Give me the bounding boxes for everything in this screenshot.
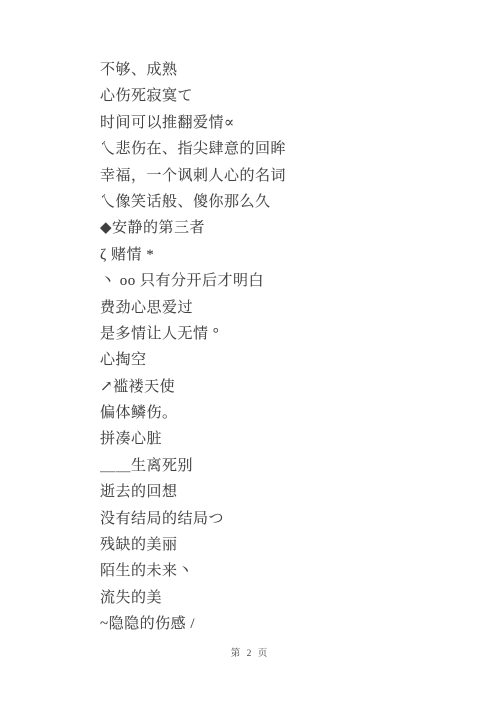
text-line: 乀像笑话般、傻你那么久 <box>100 189 470 215</box>
text-line: 偏体鳞伤。 <box>100 400 470 426</box>
text-line: 流失的美 <box>100 585 470 611</box>
text-line: ζ 赌情 * <box>100 242 470 268</box>
text-line: 丶 oo 只有分开后才明白 <box>100 268 470 294</box>
text-line: 费劲心思爱过 <box>100 295 470 321</box>
text-line: 不够、成熟 <box>100 57 470 83</box>
text-line: 心掏空 <box>100 347 470 373</box>
text-line: 是多情让人无情 ° <box>100 321 470 347</box>
text-line: ＿＿生离死别 <box>100 453 470 479</box>
text-line: ~隐隐的伤感 / <box>100 611 470 637</box>
text-line: 逝去的回想 <box>100 479 470 505</box>
text-line: 时间可以推翻爱情∝ <box>100 110 470 136</box>
document-page: 不够、成熟 心伤死寂寞て 时间可以推翻爱情∝ 乀悲伤在、指尖肆意的回眸 幸福，一… <box>0 0 500 708</box>
text-line: 心伤死寂寞て <box>100 83 470 109</box>
text-line: 残缺的美丽 <box>100 532 470 558</box>
text-line: ↗褴褛天使 <box>100 374 470 400</box>
text-line: 陌生的未来丶 <box>100 558 470 584</box>
text-line: 拼凑心脏 <box>100 426 470 452</box>
document-body: 不够、成熟 心伤死寂寞て 时间可以推翻爱情∝ 乀悲伤在、指尖肆意的回眸 幸福，一… <box>100 57 470 638</box>
text-line: ◆安静的第三者 <box>100 215 470 241</box>
text-line: 乀悲伤在、指尖肆意的回眸 <box>100 136 470 162</box>
text-line: 没有结局的结局つ <box>100 506 470 532</box>
text-line: 幸福，一个讽刺人心的名词 <box>100 163 470 189</box>
page-number: 第 2 页 <box>0 645 500 659</box>
